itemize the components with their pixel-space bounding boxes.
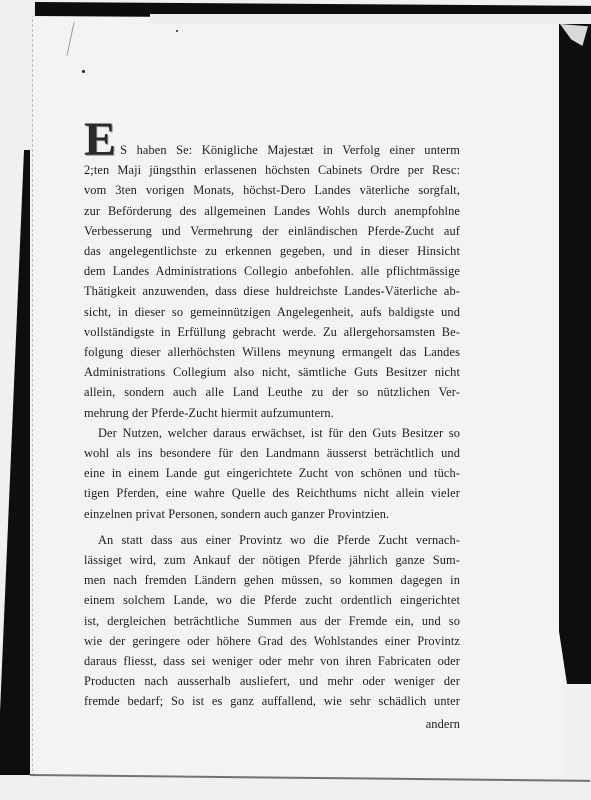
text-line: Thätigkeit anzuwenden, dass diese huldre… <box>84 281 460 301</box>
text-line: zur Beförderung des allgemeinen Landes W… <box>84 201 460 221</box>
text-line: sicht, in dieser so gemeinnützigen Angel… <box>84 302 460 322</box>
text-line: Administrations Collegium also nicht, sä… <box>84 362 460 382</box>
ink-speck <box>176 30 178 32</box>
paragraph-1: E S haben Se: Königliche Majestæt in Ver… <box>84 116 460 423</box>
text-line: einem solchem Lande, wo die Pferde zucht… <box>84 590 460 610</box>
paragraph-3: An statt dass aus einer Provintz wo die … <box>84 530 460 712</box>
text-line: vom 3ten vorigen Monats, höchst-Dero Lan… <box>84 180 460 200</box>
text-line: lässiget wird, zum Ankauf der nötigen Pf… <box>84 550 460 570</box>
text-line: Producten nach ausserhalb ausliefert, un… <box>84 671 460 691</box>
text-line: einzelnen privat Personen, sondern auch … <box>84 504 460 524</box>
paragraph-2: Der Nutzen, welcher daraus erwächset, is… <box>84 423 460 524</box>
text-line: das angelegentlichste zu erkennen gegebe… <box>84 241 460 261</box>
text-line: Verbesserung und Vermehrung der einländi… <box>84 221 460 241</box>
text-line: S haben Se: Königliche Majestæt in Verfo… <box>84 116 460 160</box>
text-line: eine in einem Lande gut eingerichtete Zu… <box>84 463 460 483</box>
text-line: allein, sondern auch alle Land Leuthe zu… <box>84 382 460 402</box>
text-line: tigen Pferden, eine wahre Quelle des Rei… <box>84 483 460 503</box>
text-line: 2;ten Maji jüngsthin erlassenen höchsten… <box>84 160 460 180</box>
scan-top-edge <box>150 14 591 24</box>
text-line: wie der geringere oder höhere Grad des W… <box>84 631 460 651</box>
drop-cap: E <box>84 120 116 160</box>
text-line: ist, dergleichen beträchtliche Summen au… <box>84 611 460 631</box>
document-body: E S haben Se: Königliche Majestæt in Ver… <box>84 116 460 734</box>
text-line: Der Nutzen, welcher daraus erwächset, is… <box>84 423 460 443</box>
text-line: An statt dass aus einer Provintz wo die … <box>84 530 460 550</box>
catchword: andern <box>84 714 460 734</box>
text-line: wohl als ins besondere für den Landmann … <box>84 443 460 463</box>
text-line: dem Landes Administrations Collegio anbe… <box>84 261 460 281</box>
text-line: daraus fliesst, dass sei weniger oder me… <box>84 651 460 671</box>
text-line: men nach fremden Ländern gehen müssen, s… <box>84 570 460 590</box>
text-line: fremde bedarf; So ist es ganz auffallend… <box>84 691 460 711</box>
text-line: mehrung der Pferde-Zucht hiermit aufzumu… <box>84 403 460 423</box>
scan-right-shadow <box>559 24 591 684</box>
text-line: vollständigste in Erfüllung gebracht wer… <box>84 322 460 342</box>
ink-speck <box>82 70 85 73</box>
text-line: folgung dieser allerhöchsten Willens mey… <box>84 342 460 362</box>
